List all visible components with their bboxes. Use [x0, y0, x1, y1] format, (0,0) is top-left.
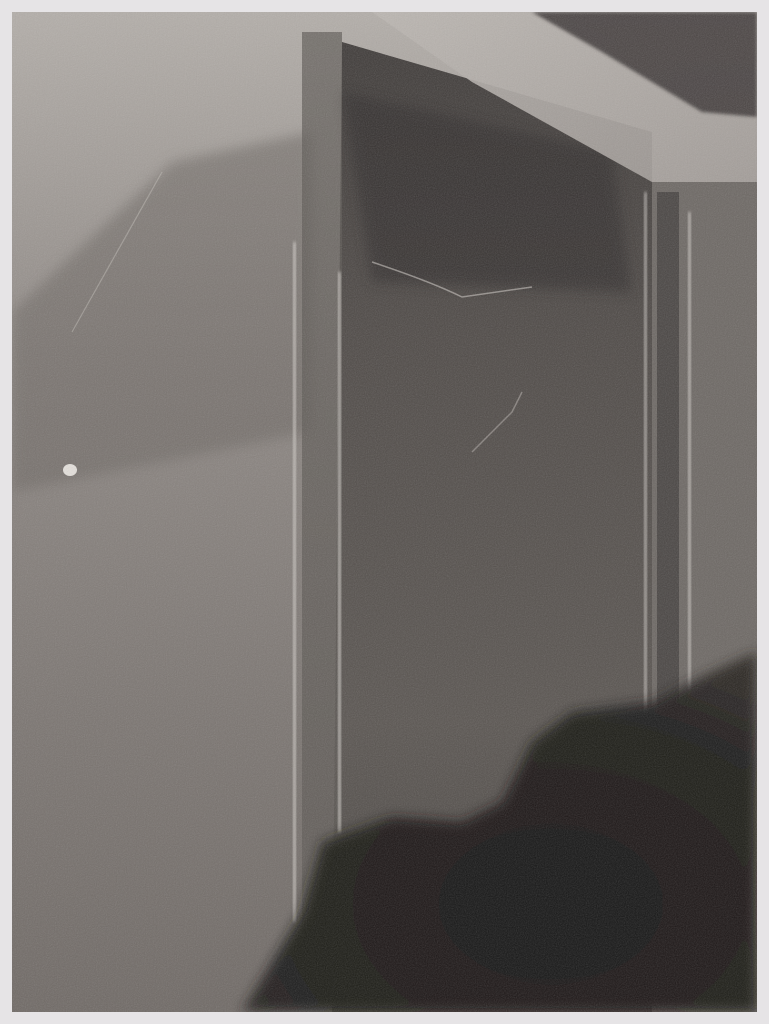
wall-photograph [12, 12, 757, 1012]
wall-texture [12, 12, 757, 1012]
